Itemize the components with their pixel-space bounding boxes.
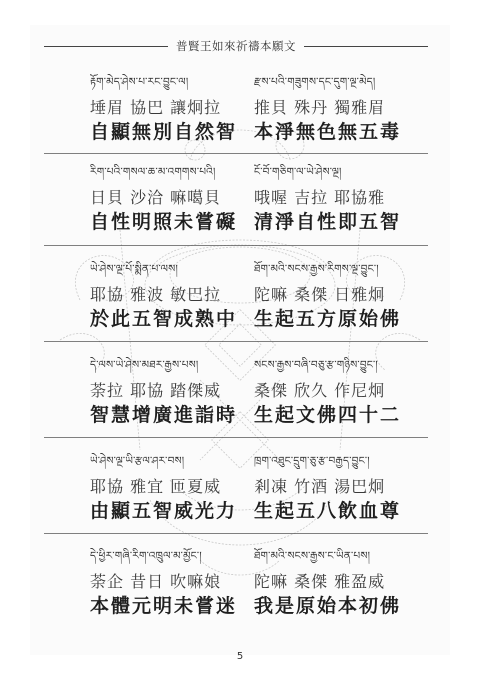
phonetic-line: 日貝 沙洽 嘛噶貝: [90, 188, 280, 208]
phonetic-line: 陀嘛 桑傑 日雅炯: [254, 285, 444, 305]
meaning-line: 由顯五智威光力: [90, 499, 280, 523]
header-rule-left: [44, 46, 168, 47]
tibetan-line: དེ་ཕྱིར་གཞི་རིག་འཁྲུལ་མ་མྱོང་།: [90, 548, 280, 564]
document-header: 普賢王如來祈禱本願文: [44, 38, 428, 54]
document-title: 普賢王如來祈禱本願文: [168, 38, 304, 54]
page-number: 5: [0, 651, 480, 662]
verse-5-left: ཡེ་ཤེས་ལྔ་ཡི་རྩལ་ཤར་བས། 耶協 雅宜 匝夏威 由顯五智威光…: [90, 453, 280, 523]
meaning-line: 自顯無別自然智: [90, 120, 280, 144]
verse-separator: [44, 341, 428, 342]
verse-separator: [44, 533, 428, 534]
verse-6-left: དེ་ཕྱིར་གཞི་རིག་འཁྲུལ་མ་མྱོང་། 荼企 昔日 吹嘛娘…: [90, 548, 280, 618]
phonetic-line: 哦喔 吉拉 耶協雅: [254, 188, 444, 208]
tibetan-line: ཁྲག་འཐུང་དྲུག་ཅུ་རྩ་བརྒྱད་བྱུང་།: [254, 453, 444, 469]
meaning-line: 生起五方原始佛: [254, 307, 444, 331]
tibetan-line: ངོ་བོ་གཅིག་ལ་ཡེ་ཤེས་ལྔ།: [254, 164, 444, 180]
phonetic-line: 耶協 雅宜 匝夏威: [90, 477, 280, 497]
verse-5-right: ཁྲག་འཐུང་དྲུག་ཅུ་རྩ་བརྒྱད་བྱུང་། 剎凍 竹酒 湯…: [254, 453, 444, 523]
phonetic-line: 剎凍 竹酒 湯巴炯: [254, 477, 444, 497]
verse-separator: [44, 153, 428, 154]
meaning-line: 於此五智成熟中: [90, 307, 280, 331]
tibetan-line: སངས་རྒྱས་བཞི་བཅུ་རྩ་གཉིས་བྱུང་།: [254, 357, 444, 373]
phonetic-line: 荼拉 耶協 踏傑威: [90, 381, 280, 401]
verse-separator: [44, 245, 428, 246]
tibetan-line: རིག་པའི་གསལ་ཆ་མ་འགགས་པའི།: [90, 164, 280, 180]
phonetic-line: 埵眉 協巴 讓炯拉: [90, 98, 280, 118]
phonetic-line: 推貝 殊丹 獨雅眉: [254, 98, 444, 118]
tibetan-line: ཡེ་ཤེས་ལྔ་ཡི་རྩལ་ཤར་བས།: [90, 453, 280, 469]
meaning-line: 智慧增廣進詣時: [90, 403, 280, 427]
verse-1-right: རྫས་པའི་གཟུགས་དང་དུག་ལྔ་མེད། 推貝 殊丹 獨雅眉 本…: [254, 74, 444, 144]
verse-4-right: སངས་རྒྱས་བཞི་བཅུ་རྩ་གཉིས་བྱུང་། 桑傑 欣久 作尼…: [254, 357, 444, 427]
tibetan-line: ཐོག་མའི་སངས་རྒྱས་ང་ཡིན་པས།: [254, 548, 444, 564]
verse-2-left: རིག་པའི་གསལ་ཆ་མ་འགགས་པའི། 日貝 沙洽 嘛噶貝 自性明照…: [90, 164, 280, 234]
verse-separator: [44, 437, 428, 438]
verse-1-left: རྟོག་མེད་ཤེས་པ་རང་བྱུང་ལ། 埵眉 協巴 讓炯拉 自顯無別…: [90, 74, 280, 144]
meaning-line: 生起五八飲血尊: [254, 499, 444, 523]
meaning-line: 清淨自性即五智: [254, 210, 444, 234]
header-rule-right: [304, 46, 428, 47]
phonetic-line: 陀嘛 桑傑 雅盈威: [254, 572, 444, 592]
verse-3-left: ཡེ་ཤེས་ལྔ་པོ་སྨིན་པ་ལས། 耶協 雅波 敏巴拉 於此五智成熟…: [90, 261, 280, 331]
phonetic-line: 桑傑 欣久 作尼炯: [254, 381, 444, 401]
meaning-line: 我是原始本初佛: [254, 594, 444, 618]
verse-6-right: ཐོག་མའི་སངས་རྒྱས་ང་ཡིན་པས། 陀嘛 桑傑 雅盈威 我是原…: [254, 548, 444, 618]
meaning-line: 本淨無色無五毒: [254, 120, 444, 144]
tibetan-line: རྟོག་མེད་ཤེས་པ་རང་བྱུང་ལ།: [90, 74, 280, 90]
phonetic-line: 荼企 昔日 吹嘛娘: [90, 572, 280, 592]
tibetan-line: དེ་ལས་ཡེ་ཤེས་མཐར་རྒྱས་པས།: [90, 357, 280, 373]
meaning-line: 生起文佛四十二: [254, 403, 444, 427]
tibetan-line: རྫས་པའི་གཟུགས་དང་དུག་ལྔ་མེད།: [254, 74, 444, 90]
tibetan-line: ཐོག་མའི་སངས་རྒྱས་རིགས་ལྔ་བྱུང་།: [254, 261, 444, 277]
meaning-line: 本體元明未嘗迷: [90, 594, 280, 618]
tibetan-line: ཡེ་ཤེས་ལྔ་པོ་སྨིན་པ་ལས།: [90, 261, 280, 277]
verse-2-right: ངོ་བོ་གཅིག་ལ་ཡེ་ཤེས་ལྔ། 哦喔 吉拉 耶協雅 清淨自性即五…: [254, 164, 444, 234]
verse-3-right: ཐོག་མའི་སངས་རྒྱས་རིགས་ལྔ་བྱུང་། 陀嘛 桑傑 日雅…: [254, 261, 444, 331]
meaning-line: 自性明照未嘗礙: [90, 210, 280, 234]
phonetic-line: 耶協 雅波 敏巴拉: [90, 285, 280, 305]
verse-4-left: དེ་ལས་ཡེ་ཤེས་མཐར་རྒྱས་པས། 荼拉 耶協 踏傑威 智慧增廣…: [90, 357, 280, 427]
